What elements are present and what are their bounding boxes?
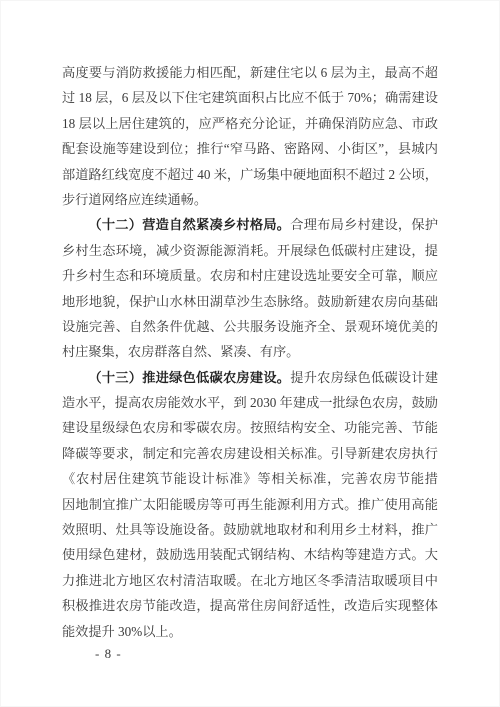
text-line: 积极推进农房节能改造，提高常住房间舒适性，改造后实现整体 xyxy=(62,593,438,618)
text-run: 提升农房绿色低碳设计建 xyxy=(290,370,438,385)
text-line: （十三）推进绿色低碳农房建设。提升农房绿色低碳设计建 xyxy=(62,365,438,390)
text-line: 18 层以上居住建筑的，应严格充分论证，并确保消防应急、市政 xyxy=(62,111,438,136)
section-heading: （十二）营造自然紧凑乡村格局。 xyxy=(88,217,290,232)
text-line: 力推进北方地区农村清洁取暖。在北方地区冬季清洁取暖项目中 xyxy=(62,568,438,593)
text-line: 升乡村生态和环境质量。农房和村庄建设选址要安全可靠，顺应 xyxy=(62,263,438,288)
text-line: 乡村生态环境，减少资源能源消耗。开展绿色低碳村庄建设，提 xyxy=(62,238,438,263)
text-line: 过 18 层，6 层及以下住宅建筑面积占比应不低于 70%；确需建设 xyxy=(62,85,438,110)
text-line: 《农村居住建筑节能设计标准》等相关标准，完善农房节能措施， xyxy=(62,466,438,491)
text-line: 设施完善、自然条件优越、公共服务设施齐全、景观环境优美的 xyxy=(62,314,438,339)
text-line: 因地制宜推广太阳能暖房等可再生能源利用方式。推广使用高能 xyxy=(62,492,438,517)
document-page: 高度要与消防救援能力相匹配，新建住宅以 6 层为主，最高不超过 18 层，6 层… xyxy=(0,0,500,707)
text-line: 部道路红线宽度不超过 40 米，广场集中硬地面积不超过 2 公顷， xyxy=(62,162,438,187)
text-line: 效照明、灶具等设施设备。鼓励就地取材和利用乡土材料，推广 xyxy=(62,517,438,542)
text-run: 合理布局乡村建设，保护 xyxy=(290,217,438,232)
text-line: 高度要与消防救援能力相匹配，新建住宅以 6 层为主，最高不超 xyxy=(62,60,438,85)
text-line: 建设星级绿色农房和零碳农房。按照结构安全、功能完善、节能 xyxy=(62,415,438,440)
text-line: 使用绿色建材，鼓励选用装配式钢结构、木结构等建造方式。大 xyxy=(62,542,438,567)
text-line: 造水平，提高农房能效水平，到 2030 年建成一批绿色农房，鼓励 xyxy=(62,390,438,415)
page-number: - 8 - xyxy=(95,646,122,662)
text-line: 村庄聚集，农房群落自然、紧凑、有序。 xyxy=(62,339,438,364)
section-heading: （十三）推进绿色低碳农房建设。 xyxy=(88,370,290,385)
text-line: 地形地貌，保护山水林田湖草沙生态脉络。鼓励新建农房向基础 xyxy=(62,289,438,314)
text-line: （十二）营造自然紧凑乡村格局。合理布局乡村建设，保护 xyxy=(62,212,438,237)
document-body: 高度要与消防救援能力相匹配，新建住宅以 6 层为主，最高不超过 18 层，6 层… xyxy=(62,60,438,644)
text-line: 步行道网络应连续通畅。 xyxy=(62,187,438,212)
text-line: 配套设施等建设到位；推行“窄马路、密路网、小街区”，县城内 xyxy=(62,136,438,161)
text-line: 能效提升 30%以上。 xyxy=(62,619,438,644)
text-line: 降碳等要求，制定和完善农房建设相关标准。引导新建农房执行 xyxy=(62,441,438,466)
